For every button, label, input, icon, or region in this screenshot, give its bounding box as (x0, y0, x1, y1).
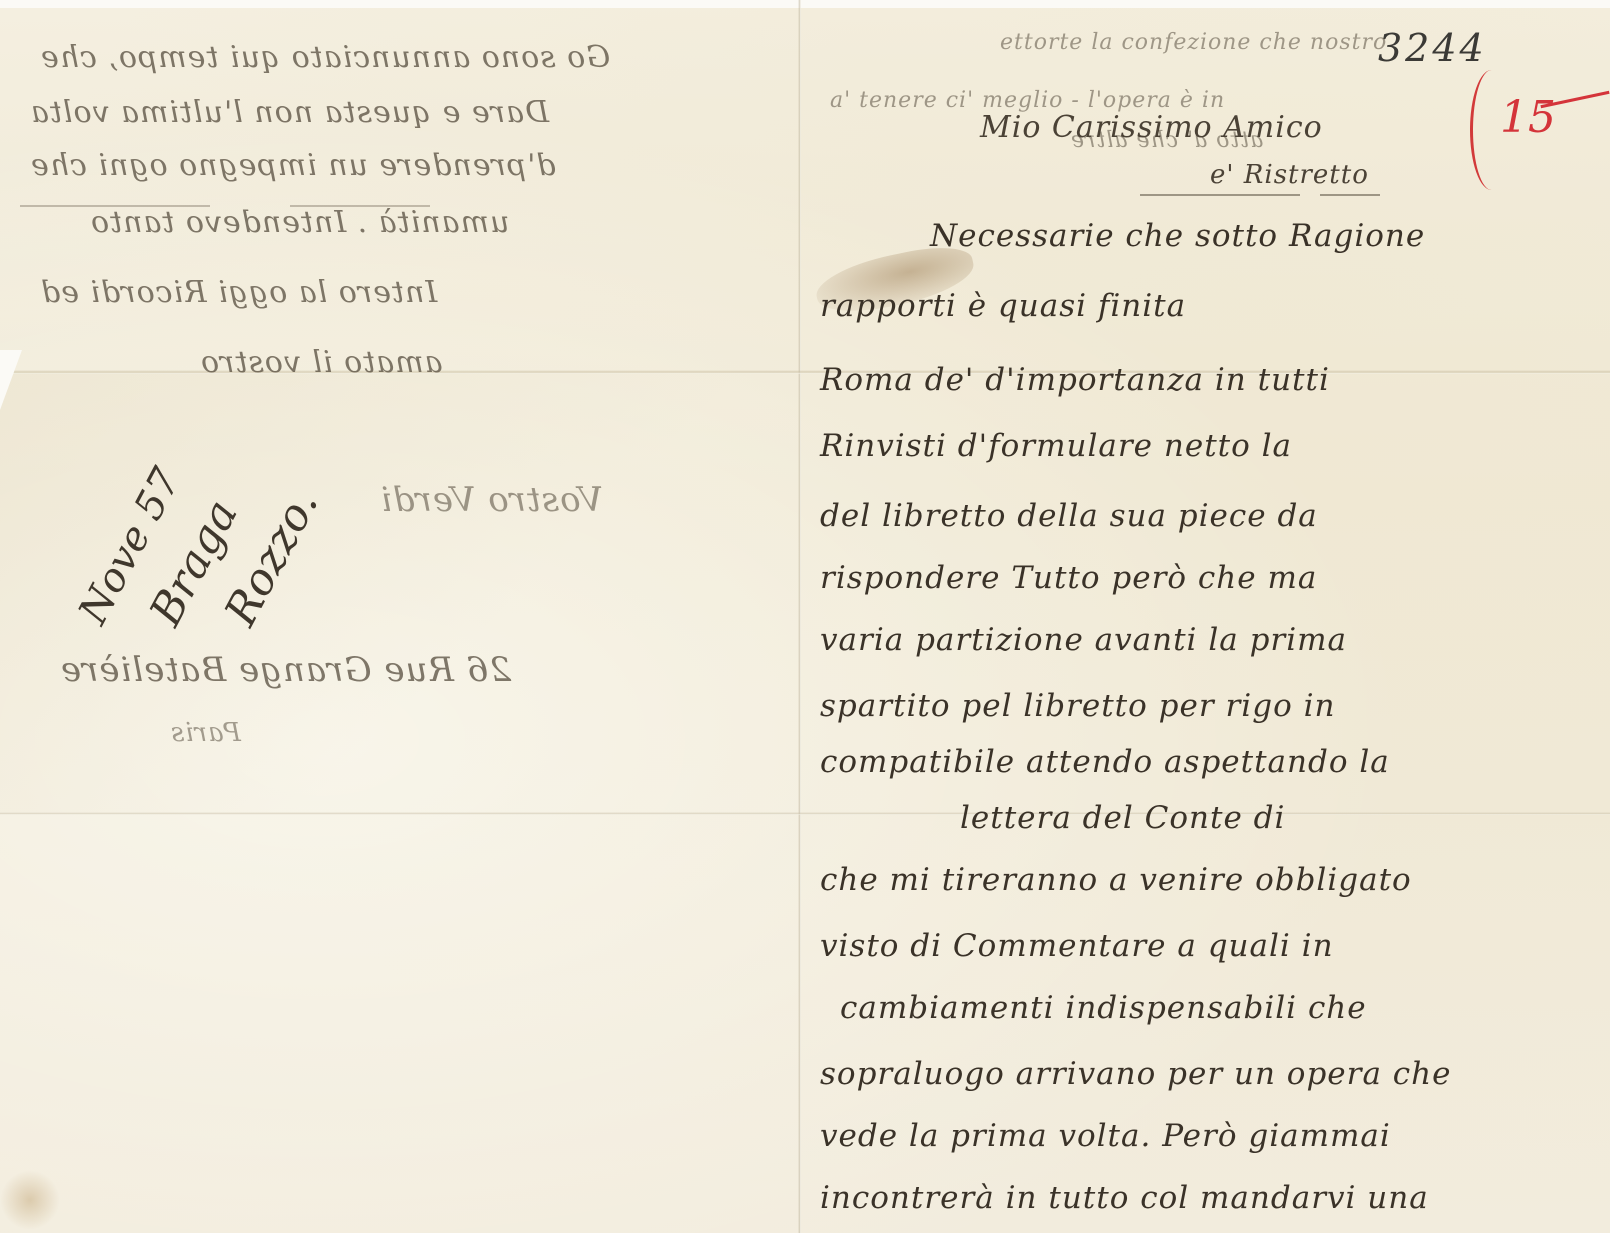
mirrored-line: umanità . Intendevo tanto (90, 205, 509, 240)
body-line: rapporti è quasi finita (820, 288, 1186, 324)
body-line: Necessarie che sotto Ragione (930, 218, 1425, 254)
salutation-underline (1320, 194, 1380, 196)
mirrored-underline (290, 205, 430, 207)
torn-edge (0, 350, 22, 410)
mirrored-line: Dare e questa non l'ultima volta (30, 95, 549, 130)
archive-number: 3244 (1378, 26, 1487, 70)
body-line: spartito pel libretto per rigo in (820, 688, 1335, 724)
body-line: varia partizione avanti la prima (820, 622, 1347, 658)
body-line: visto di Commentare a quali in (820, 928, 1334, 964)
body-line: Roma de' d'importanza in tutti (820, 362, 1330, 398)
body-line: cambiamenti indispensabili che (840, 990, 1367, 1026)
body-line: che mi tireranno a venire obbligato (820, 862, 1412, 898)
body-line: compatibile attendo aspettando la (820, 744, 1390, 780)
red-page-number: 15 (1500, 92, 1556, 143)
salutation-underline (1140, 194, 1300, 196)
mirrored-underline (20, 205, 210, 207)
right-header-line: ettorte la confezione che nostro (1000, 30, 1387, 55)
vertical-fold-line (798, 0, 801, 1233)
address-city: Paris (170, 718, 241, 748)
body-line: vede la prima volta. Però giammai (820, 1118, 1391, 1154)
salutation: Mio Carissimo Amico (980, 110, 1323, 145)
corner-stain (0, 1170, 60, 1230)
signature: Vostro Verdi (380, 480, 603, 520)
mirrored-line: amato il vostro (200, 345, 442, 380)
paper-top-edge (0, 0, 1610, 8)
address-street: 26 Rue Grange Batelière (60, 650, 511, 690)
body-line: del libretto della sua piece da (820, 498, 1318, 534)
letter-sheet: 3244 15 ettorte la confezione che nostro… (0, 0, 1610, 1233)
body-line: lettera del Conte di (960, 800, 1285, 836)
body-line: Rinvisti d'formulare netto la (820, 428, 1292, 464)
body-line: sopraluogo arrivano per un opera che (820, 1056, 1451, 1092)
salutation-sub: e' Ristretto (1210, 160, 1369, 190)
body-line: incontrerà in tutto col mandarvi una (820, 1180, 1429, 1216)
horizontal-fold-line-lower (0, 812, 1610, 815)
mirrored-line: Intero la oggi Ricordi ed (40, 275, 437, 310)
body-line: rispondere Tutto però che ma (820, 560, 1317, 596)
mirrored-line: d'prendere un impegno ogni che (30, 148, 556, 183)
mirrored-line: Go sono annunciato qui tempo, che (40, 40, 610, 75)
